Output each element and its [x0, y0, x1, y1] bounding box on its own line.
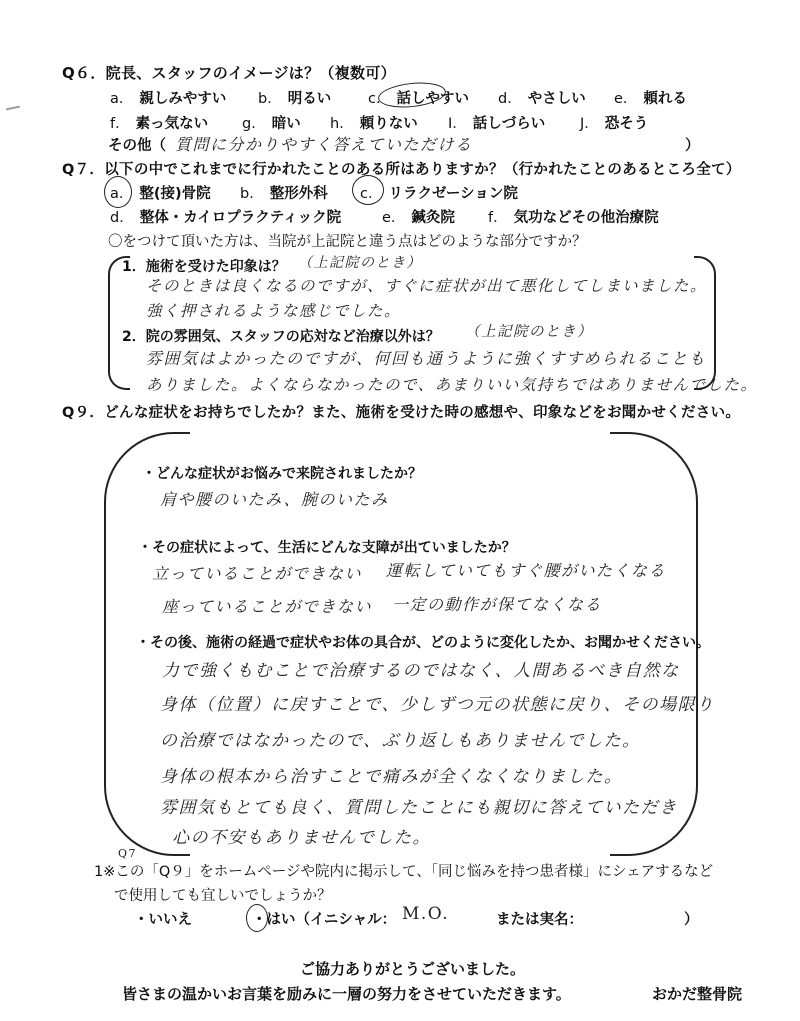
q6-option-j[interactable]: J．恐そう: [580, 112, 648, 133]
footer-message: 皆さまの温かいお言葉を励みに一層の努力をさせていただきます。: [122, 983, 571, 1004]
q7-sub1-label: 1．施術を受けた印象は？: [122, 256, 286, 276]
q9-section3-answer-line1[interactable]: 力で強くもむことで治療するのではなく、人間あるべき自然な: [162, 656, 680, 681]
q7-sub2-note: （上記院のとき）: [465, 320, 593, 341]
q7-title: Q７．以下の中でこれまでに行かれたことのある所はありますか？（行かれたことのある…: [62, 158, 741, 179]
q9-section1-answer[interactable]: 肩や腰のいたみ、腕のいたみ: [160, 487, 388, 510]
q9-title: Q９．どんな症状をお持ちでしたか？また、施術を受けた時の感想や、印象などをお聞か…: [62, 401, 740, 422]
q7-sub2-answer-line1[interactable]: 雰囲気はよかったのですが、何回も通うように強くすすめられることも: [146, 346, 706, 369]
consent-annotation: Q7: [118, 847, 137, 860]
q9-section3-answer-line4[interactable]: 身体の根本から治すことで痛みが全くなくなりました。: [160, 762, 623, 787]
consent-line1: 1※この「Q９」をホームページや院内に掲示して、「同じ悩みを持つ患者様」にシェア…: [94, 860, 713, 881]
consent-initials-input[interactable]: M.O.: [402, 904, 449, 924]
q9-section1-prompt: ・どんな症状がお悩みで来院されましたか？: [142, 463, 422, 483]
consent-no-option[interactable]: ・いいえ: [134, 908, 192, 929]
q7-option-a-circle: [104, 176, 132, 208]
q9-box-gap-bottom: [190, 848, 610, 856]
q6-other-close: ）: [685, 134, 700, 155]
q6-option-h[interactable]: h．頼りない: [330, 112, 418, 133]
q9-section3-answer-line6[interactable]: 心の不安もありませんでした。: [172, 823, 431, 848]
consent-realname-label: または実名：: [496, 908, 583, 929]
q7-answer-bracket-left: [108, 256, 130, 390]
q9-section3-prompt: ・その後、施術の経過で症状やお体の具合が、どのように変化したか、お聞かせください…: [136, 632, 710, 652]
q7-sub1-note: （上記院のとき）: [298, 252, 422, 272]
q9-section3-answer-line5[interactable]: 雰囲気もとても良く、質問したことにも親切に答えていただき: [160, 793, 678, 818]
q9-section2-prompt: ・その症状によって、生活にどんな支障が出ていましたか？: [138, 537, 516, 557]
q6-option-f[interactable]: f．素っ気ない: [110, 112, 208, 133]
q7-sub1-answer-line2[interactable]: 強く押されるような感じでした。: [146, 299, 401, 321]
q6-title: Q６．院長、スタッフのイメージは？（複数可）: [62, 62, 396, 83]
q7-option-b[interactable]: b．整形外科: [240, 182, 328, 203]
q7-sub2-answer-line2[interactable]: ありました。よくならなかったので、あまりいい気持ちではありませんでした。: [146, 373, 758, 395]
q9-section2-answer-1b[interactable]: 運転していてもすぐ腰がいたくなる: [386, 558, 666, 581]
q6-option-a[interactable]: a．親しみやすい: [110, 87, 226, 108]
footer-clinic-name: おかだ整骨院: [652, 983, 742, 1004]
scan-mark: [6, 106, 20, 111]
q6-option-e[interactable]: e．頼れる: [614, 87, 687, 108]
q9-section3-answer-line2[interactable]: 身体（位置）に戻すことで、少しずつ元の状態に戻り、その場限り: [160, 690, 715, 715]
q7-option-c-circle: [352, 175, 384, 205]
q7-followup: 〇をつけて頂いた方は、当院が上記院と違う点はどのような部分ですか？: [108, 230, 587, 251]
q6-option-g[interactable]: g．暗い: [242, 112, 301, 133]
footer-thanks: ご協力ありがとうございました。: [300, 958, 525, 979]
q7-sub1-answer-line1[interactable]: そのときは良くなるのですが、すぐに症状が出て悪化してしまいました。: [146, 274, 707, 296]
q7-option-d[interactable]: d．整体・カイロプラクティック院: [110, 206, 341, 227]
q7-option-e[interactable]: e．鍼灸院: [382, 206, 455, 227]
q6-other-input[interactable]: 質問に分かりやすく答えていただける: [175, 132, 473, 155]
q6-other-label: その他（: [108, 134, 166, 155]
q9-section2-answer-2a[interactable]: 座っていることができない: [162, 594, 372, 617]
q9-section3-answer-line3[interactable]: の治療ではなかったので、ぶり返しもありませんでした。: [160, 726, 641, 751]
consent-close: ）: [684, 908, 699, 929]
consent-line2: で使用しても宜しいでしょうか？: [114, 884, 332, 905]
q7-option-f[interactable]: f．気功などその他治療院: [488, 206, 659, 227]
q6-option-b[interactable]: b．明るい: [258, 87, 331, 108]
q9-section2-answer-1a[interactable]: 立っていることができない: [152, 561, 362, 584]
q6-option-i[interactable]: I．話しづらい: [448, 112, 545, 133]
consent-yes-option[interactable]: ・はい（イニシャル：: [252, 908, 396, 929]
q6-option-d[interactable]: d．やさしい: [498, 87, 586, 108]
q7-sub2-label: 2．院の雰囲気、スタッフの応対など治療以外は？: [122, 326, 440, 346]
q9-box-gap-top: [190, 428, 610, 436]
q9-section2-answer-2b[interactable]: 一定の動作が保てなくなる: [392, 592, 602, 615]
